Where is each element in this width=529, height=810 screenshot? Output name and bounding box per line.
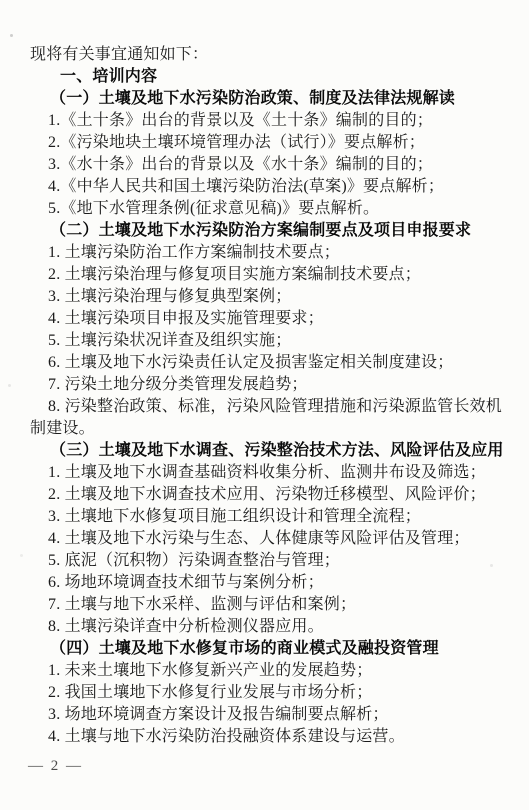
list-item: 4.《中华人民共和国土壤污染防治法(草案)》要点解析； [30, 176, 508, 198]
list-item: 5. 土壤污染状况详查及组织实施； [30, 330, 508, 352]
list-item: 7. 土壤与地下水采样、监测与评估和案例； [30, 594, 508, 616]
list-item: 8. 土壤污染详查中分析检测仪器应用。 [30, 616, 508, 638]
list-item: 7. 污染土地分级分类管理发展趋势； [30, 374, 508, 396]
list-item: 2.《污染地块土壤环境管理办法（试行）》要点解析； [30, 132, 508, 154]
list-item: 2. 土壤及地下水调查技术应用、污染物迁移模型、风险评价； [30, 484, 508, 506]
list-item: 1. 土壤污染防治工作方案编制技术要点； [30, 242, 508, 264]
document-body: 现将有关事宜通知如下： 一、培训内容 （一）土壤及地下水污染防治政策、制度及法律… [30, 44, 508, 748]
list-item: 3. 土壤污染治理与修复典型案例； [30, 286, 508, 308]
section-4-heading: （四）土壤及地下水修复市场的商业模式及融投资管理 [30, 638, 508, 660]
list-item: 1.《土十条》出台的背景以及《土十条》编制的目的； [30, 110, 508, 132]
page-number: — 2 — [28, 758, 83, 775]
list-item: 4. 土壤污染项目申报及实施管理要求； [30, 308, 508, 330]
intro-line: 现将有关事宜通知如下： [30, 44, 508, 66]
list-item: 8. 污染整治政策、标准，污染风险管理措施和污染源监管长效机制建设。 [30, 396, 508, 440]
list-item: 5. 底泥（沉积物）污染调查整治与管理； [30, 550, 508, 572]
list-item: 3. 土壤地下水修复项目施工组织设计和管理全流程； [30, 506, 508, 528]
section-2-heading: （二）土壤及地下水污染防治方案编制要点及项目申报要求 [30, 220, 508, 242]
list-item: 4. 土壤及地下水污染与生态、人体健康等风险评估及管理； [30, 528, 508, 550]
list-item: 2. 我国土壤地下水修复行业发展与市场分析； [30, 682, 508, 704]
list-item: 5.《地下水管理条例(征求意见稿)》要点解析。 [30, 198, 508, 220]
section-3-heading: （三）土壤及地下水调查、污染整治技术方法、风险评估及应用 [30, 440, 508, 462]
list-item: 1. 土壤及地下水调查基础资料收集分析、监测井布设及筛选； [30, 462, 508, 484]
section-1-heading: （一）土壤及地下水污染防治政策、制度及法律法规解读 [30, 88, 508, 110]
list-item: 3. 场地环境调查方案设计及报告编制要点解析； [30, 704, 508, 726]
document-page: 现将有关事宜通知如下： 一、培训内容 （一）土壤及地下水污染防治政策、制度及法律… [0, 0, 529, 810]
list-item: 6. 土壤及地下水污染责任认定及损害鉴定相关制度建设； [30, 352, 508, 374]
list-item: 4. 土壤与地下水污染防治投融资体系建设与运营。 [30, 726, 508, 748]
training-content-title: 一、培训内容 [30, 66, 508, 88]
list-item: 6. 场地环境调查技术细节与案例分析； [30, 572, 508, 594]
list-item: 2. 土壤污染治理与修复项目实施方案编制技术要点； [30, 264, 508, 286]
list-item: 1. 未来土壤地下水修复新兴产业的发展趋势； [30, 660, 508, 682]
list-item: 3.《水十条》出台的背景以及《水十条》编制的目的； [30, 154, 508, 176]
